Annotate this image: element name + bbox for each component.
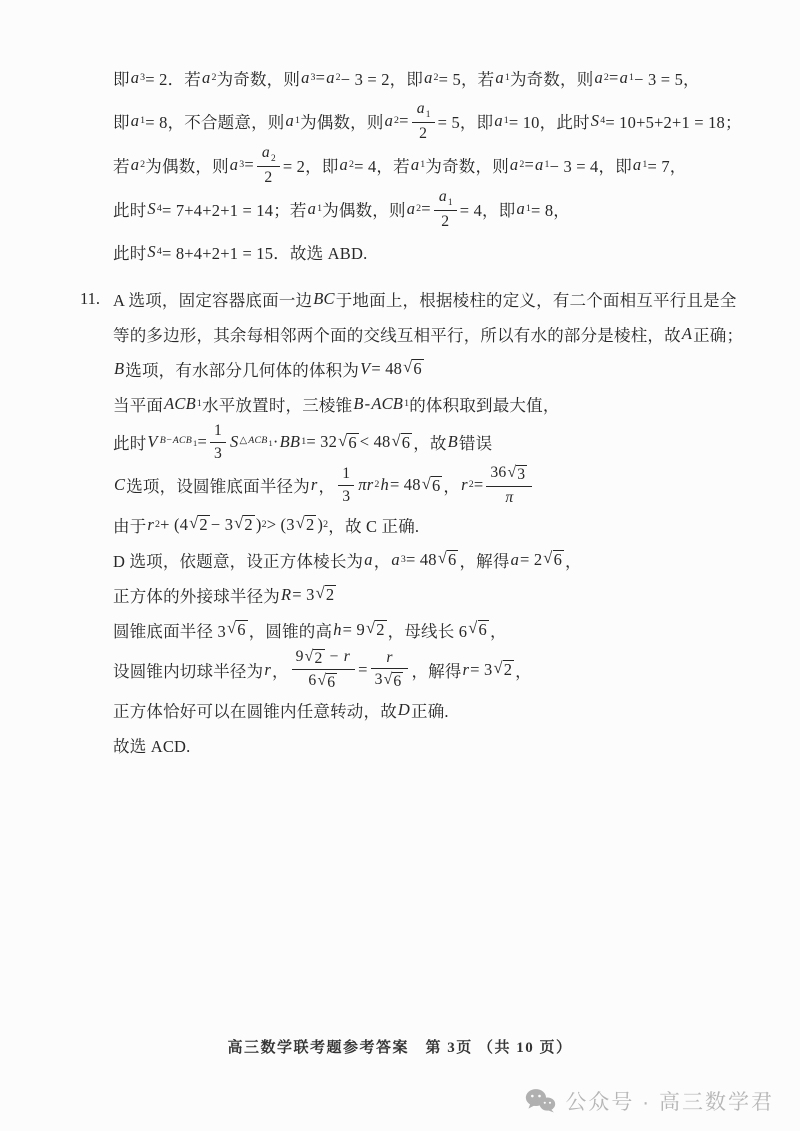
radical: √6 (227, 619, 248, 640)
text-line: 即 a3 = 2．若 a2 为奇数，则 a3 = a2 − 3 = 2，即 a2… (113, 57, 760, 99)
text-line: B 选项，有水部分几何体的体积为 V = 48√6 (113, 351, 760, 386)
radical: √3 (507, 464, 527, 484)
radical: √2 (305, 648, 325, 668)
text-line: 圆锥底面半径 3√6，圆锥的高 h = 9√2，母线长 6√6， (113, 612, 760, 647)
watermark: 公众号 · 高三数学君 (525, 1086, 774, 1116)
text-line: 故选 ACD. (113, 727, 760, 762)
answer-continuation: 即 a3 = 2．若 a2 为奇数，则 a3 = a2 − 3 = 2，即 a2… (0, 57, 800, 273)
fraction: a22 (257, 143, 280, 187)
text-line: 若 a2 为偶数，则 a3 = a22 = 2，即 a2 = 4，若 a1 为奇… (113, 143, 760, 187)
radical: √2 (296, 514, 317, 535)
fraction: 36√3π (486, 463, 532, 507)
radical: √6 (438, 549, 459, 570)
text-line: 正方体恰好可以在圆锥内任意转动，故 D 正确. (113, 692, 760, 727)
fraction: r3√6 (371, 648, 409, 692)
text-line: 正方体的外接球半径为 R = 3√2 (113, 577, 760, 612)
text-line: 即 a1 = 8，不合题意，则 a1 为偶数，则 a2 = a12 = 5，即 … (113, 99, 760, 143)
radical: √6 (403, 358, 424, 379)
radical: √2 (189, 514, 210, 535)
answer-item: 11.A 选项，固定容器底面一边 BC 于地面上，根据棱柱的定义，有二个面相互平… (0, 281, 800, 762)
radical: √2 (366, 619, 387, 640)
text-line: 设圆锥内切球半径为 r， 9√2 − r6√6 = r3√6，解得 r = 3√… (113, 647, 760, 692)
text-line: 此时 S4 = 8+4+2+1 = 15．故选 ABD. (113, 231, 760, 273)
radical: √6 (317, 672, 337, 692)
fraction: 13 (210, 421, 226, 463)
page-footer: 高三数学联考题参考答案 第 3页 （共 10 页） (0, 1036, 800, 1057)
radical: √6 (468, 619, 489, 640)
text-line: 此时 VB−ACB1 = 13S△ACB1 · BB1 = 32√6 < 48√… (113, 421, 760, 463)
text-line: D 选项，依题意，设正方体棱长为 a， a3 = 48√6，解得 a = 2√6… (113, 542, 760, 577)
fraction: a12 (434, 187, 457, 231)
radical: √2 (493, 659, 514, 680)
text-line: 等的多边形，其余每相邻两个面的交线互相平行，所以有水的部分是棱柱，故 A 正确； (113, 316, 760, 351)
text-line: 当平面 ACB1 水平放置时，三棱锥 B- ACB1 的体积取到最大值， (113, 386, 760, 421)
radical: √2 (234, 514, 255, 535)
fraction: a12 (412, 99, 435, 143)
text-line: 由于 r2 + (4√2 − 3√2)2 > (3√2)2，故 C 正确. (113, 507, 760, 542)
text-line: A 选项，固定容器底面一边 BC 于地面上，根据棱柱的定义，有二个面相互平行且是… (113, 281, 760, 316)
watermark-text: 公众号 · 高三数学君 (565, 1086, 774, 1116)
text-line: C 选项，设圆锥底面半径为 r，13πr2h = 48√6， r2 = 36√3… (113, 463, 760, 507)
fraction: 13 (338, 464, 354, 506)
radical: √6 (422, 475, 443, 496)
radical: √6 (392, 432, 413, 453)
wechat-icon (525, 1088, 556, 1114)
radical: √6 (384, 671, 404, 691)
text-line: 此时 S4 = 7+4+2+1 = 14；若 a1 为偶数，则 a2 = a12… (113, 187, 760, 231)
scanned-answer-page: 即 a3 = 2．若 a2 为奇数，则 a3 = a2 − 3 = 2，即 a2… (0, 0, 800, 1131)
fraction: 9√2 − r6√6 (292, 647, 355, 692)
radical: √6 (338, 432, 359, 453)
document-content: 即 a3 = 2．若 a2 为奇数，则 a3 = a2 − 3 = 2，即 a2… (0, 57, 800, 762)
item-number: 11. (80, 281, 100, 316)
radical: √2 (316, 584, 337, 605)
radical: √6 (543, 549, 564, 570)
